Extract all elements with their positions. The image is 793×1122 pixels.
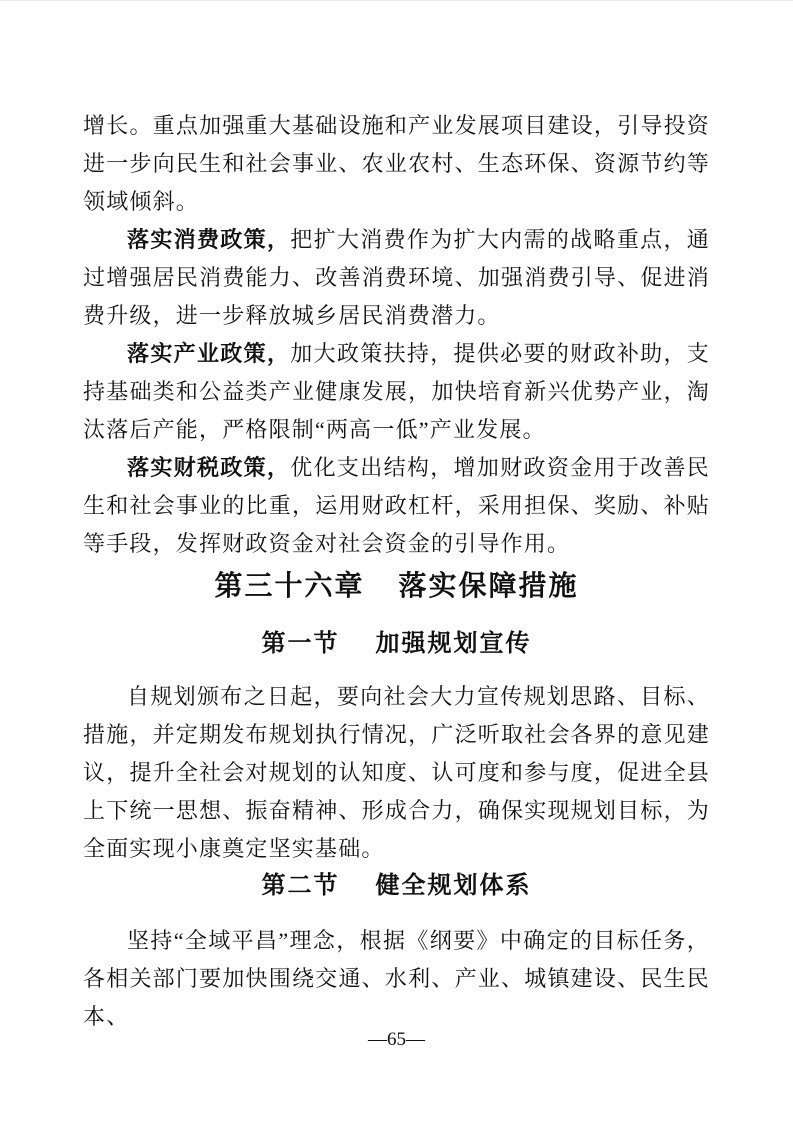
paragraph-lead-industry-policy: 落实产业政策，	[127, 341, 290, 366]
paragraph-industry-policy: 落实产业政策，加大政策扶持，提供必要的财政补助，支持基础类和公益类产业健康发展，…	[83, 335, 710, 449]
section-1-number: 第一节	[262, 631, 340, 657]
chapter-number: 第三十六章	[214, 570, 364, 601]
paragraph-continuation: 增长。重点加强重大基础设施和产业发展项目建设，引导投资进一步向民生和社会事业、农…	[83, 107, 710, 221]
chapter-heading: 第三十六章落实保障措施	[83, 566, 710, 606]
text-block: 增长。重点加强重大基础设施和产业发展项目建设，引导投资进一步向民生和社会事业、农…	[83, 107, 710, 1036]
paragraph-section-1: 自规划颁布之日起，要向社会大力宣传规划思路、目标、措施，并定期发布规划执行情况，…	[83, 678, 710, 868]
section-1-heading: 第一节加强规划宣传	[83, 626, 710, 662]
paragraph-fiscal-policy: 落实财税政策，优化支出结构，增加财政资金用于改善民生和社会事业的比重，运用财政杠…	[83, 449, 710, 563]
paragraph-section-2: 坚持“全域平昌”理念，根据《纲要》中确定的目标任务，各相关部门要加快围绕交通、水…	[83, 922, 710, 1036]
paragraph-lead-consumption-policy: 落实消费政策，	[127, 227, 290, 252]
section-1-title: 加强规划宣传	[376, 631, 532, 657]
document-page: 增长。重点加强重大基础设施和产业发展项目建设，引导投资进一步向民生和社会事业、农…	[0, 0, 793, 1122]
section-2-title: 健全规划体系	[376, 873, 532, 899]
section-2-heading: 第二节健全规划体系	[83, 868, 710, 904]
page-number: —65—	[0, 1028, 793, 1052]
paragraph-lead-fiscal-policy: 落实财税政策，	[127, 455, 290, 480]
section-2-number: 第二节	[262, 873, 340, 899]
chapter-title: 落实保障措施	[399, 570, 579, 601]
paragraph-consumption-policy: 落实消费政策，把扩大消费作为扩大内需的战略重点，通过增强居民消费能力、改善消费环…	[83, 221, 710, 335]
